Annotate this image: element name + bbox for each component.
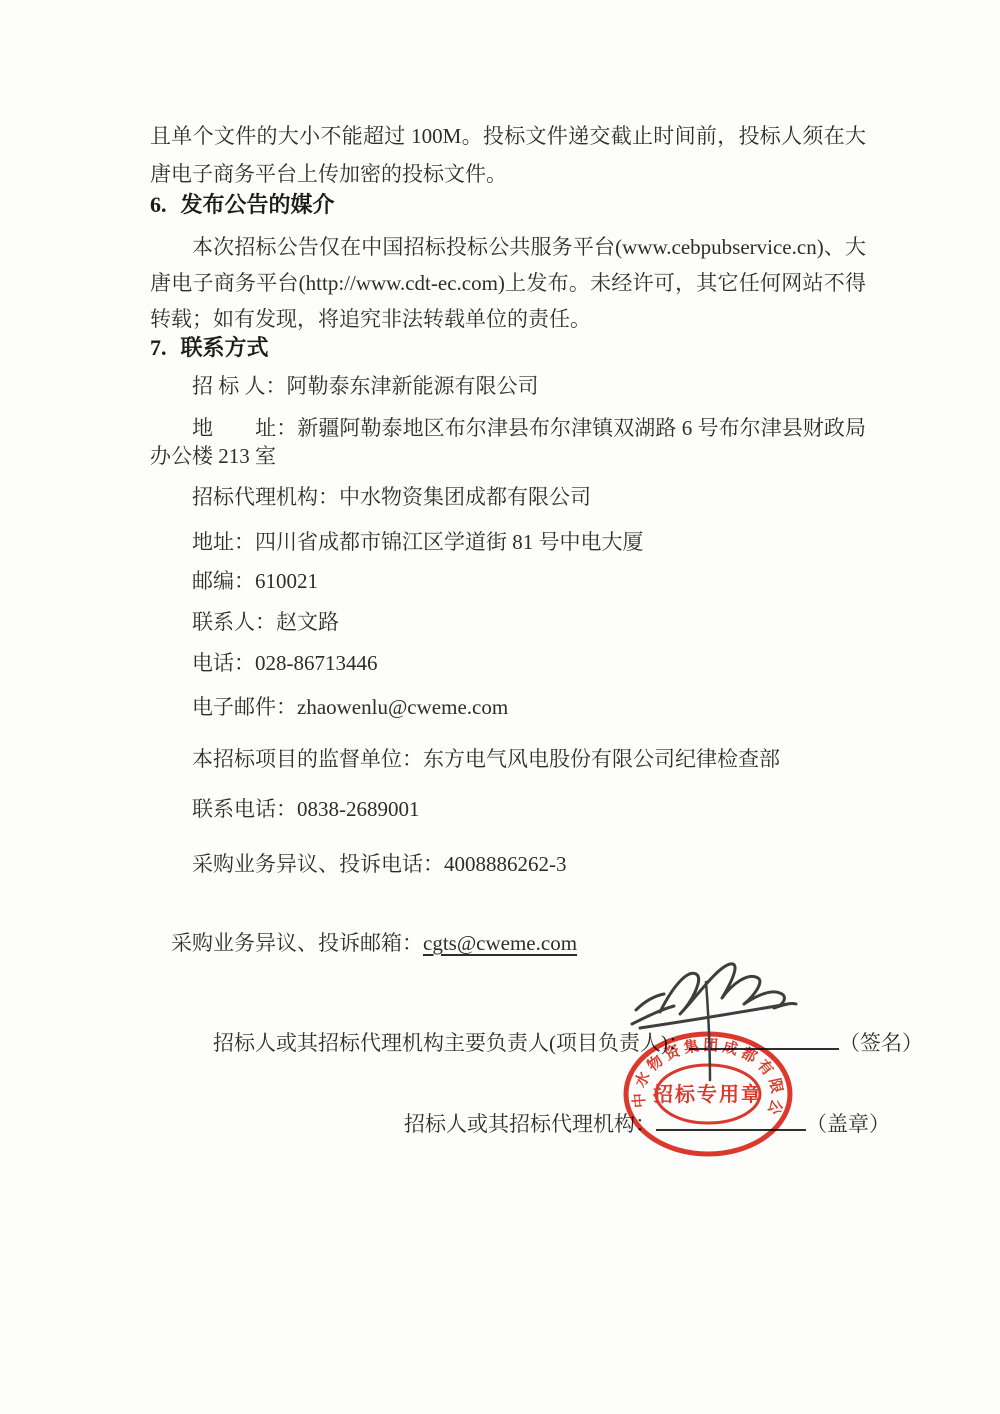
supervisor-line: 本招标项目的监督单位：东方电气风电股份有限公司纪律检查部 xyxy=(150,746,866,773)
section7-number: 7. xyxy=(150,335,167,360)
intro-paragraph: 且单个文件的大小不能超过 100M。投标文件递交截止时间前，投标人须在大唐电子商… xyxy=(150,117,866,193)
supervisor-phone-line: 联系电话：0838-2689001 xyxy=(150,796,866,823)
document-page: 且单个文件的大小不能超过 100M。投标文件递交截止时间前，投标人须在大唐电子商… xyxy=(0,0,1000,1414)
complaint-email: cgts@cweme.com xyxy=(423,931,577,955)
section6-heading: 6.发布公告的媒介 xyxy=(150,190,866,220)
complaint-email-label: 采购业务异议、投诉邮箱： xyxy=(171,931,423,955)
phone-line: 电话：028-86713446 xyxy=(150,650,866,677)
section6-body: 本次招标公告仅在中国招标投标公共服务平台(www.cebpubservice.c… xyxy=(150,229,866,337)
section7-title: 联系方式 xyxy=(181,335,269,360)
email-line: 电子邮件：zhaowenlu@cweme.com xyxy=(150,694,866,721)
agency-line: 招标代理机构：中水物资集团成都有限公司 xyxy=(150,484,866,511)
agency-address-line: 地址：四川省成都市锦江区学道街 81 号中电大厦 xyxy=(150,529,866,556)
signature-suffix: （签名） xyxy=(839,1031,923,1055)
principal-signature-label: 招标人或其招标代理机构主要负责人(项目负责人)： xyxy=(213,1031,689,1055)
complaint-phone-line: 采购业务异议、投诉电话：4008886262-3 xyxy=(150,851,866,878)
section6-number: 6. xyxy=(150,192,167,217)
tenderer-address-line: 地 址：新疆阿勒泰地区布尔津县布尔津镇双湖路 6 号布尔津县财政局办公楼 213… xyxy=(150,414,866,470)
contact-person-line: 联系人：赵文路 xyxy=(150,609,866,636)
postcode-line: 邮编：610021 xyxy=(150,568,866,595)
section6-title: 发布公告的媒介 xyxy=(181,192,335,217)
seal-suffix: （盖章） xyxy=(806,1112,890,1136)
principal-signature-row: 招标人或其招标代理机构主要负责人(项目负责人)：（签名） xyxy=(192,1003,972,1084)
handwritten-signature xyxy=(630,948,812,1084)
tenderer-line: 招 标 人：阿勒泰东津新能源有限公司 xyxy=(150,373,866,400)
agency-seal-label: 招标人或其招标代理机构： xyxy=(404,1112,656,1136)
section7-heading: 7.联系方式 xyxy=(150,333,866,363)
seal-center-text: 招标专用章 xyxy=(653,1082,763,1106)
